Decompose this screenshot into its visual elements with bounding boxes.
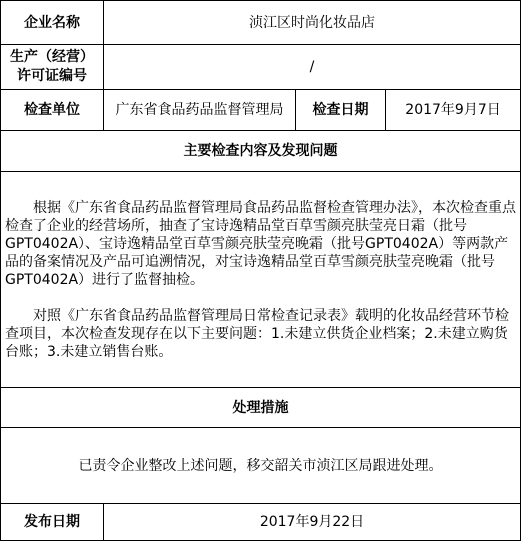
findings-body: 根据《广东省食品药品监督管理局食品药品监督检查管理办法》，本次检查重点检查了企业… [1,172,521,388]
measures-title: 处理措施 [1,388,521,428]
measures-body-row: 已责令企业整改上述问题，移交韶关市浈江区局跟进处理。 [1,428,521,504]
inspect-date-label: 检查日期 [296,90,386,131]
license-label-line2: 许可证编号 [1,67,103,86]
license-label-line1: 生产（经营） [1,48,103,67]
inspector-value: 广东省食品药品监督管理局 [104,90,296,131]
measures-header-row: 处理措施 [1,388,521,428]
company-name-value: 浈江区时尚化妆品店 [104,1,521,45]
inspect-date-value: 2017年9月7日 [386,90,521,131]
findings-paragraph: 对照《广东省食品药品监督管理局日常检查记录表》载明的化妆品经营环节检查项目，本次… [5,307,516,361]
license-value: / [104,45,521,90]
company-name-label: 企业名称 [1,1,104,45]
inspection-row: 检查单位 广东省食品药品监督管理局 检查日期 2017年9月7日 [1,90,521,131]
findings-header-row: 主要检查内容及发现问题 [1,131,521,172]
findings-title: 主要检查内容及发现问题 [1,131,521,172]
findings-body-row: 根据《广东省食品药品监督管理局食品药品监督检查管理办法》，本次检查重点检查了企业… [1,172,521,388]
license-row: 生产（经营） 许可证编号 / [1,45,521,90]
inspector-label: 检查单位 [1,90,104,131]
publish-date-row: 发布日期 2017年9月22日 [1,504,521,541]
license-label: 生产（经营） 许可证编号 [1,45,104,90]
measures-text: 已责令企业整改上述问题，移交韶关市浈江区局跟进处理。 [1,428,521,504]
inspection-record-table: 企业名称 浈江区时尚化妆品店 生产（经营） 许可证编号 / 检查单位 广东省食品… [0,0,521,541]
publish-date-label: 发布日期 [1,504,104,541]
findings-paragraph: 根据《广东省食品药品监督管理局食品药品监督检查管理办法》，本次检查重点检查了企业… [5,199,516,289]
publish-date-value: 2017年9月22日 [104,504,521,541]
company-name-row: 企业名称 浈江区时尚化妆品店 [1,1,521,45]
